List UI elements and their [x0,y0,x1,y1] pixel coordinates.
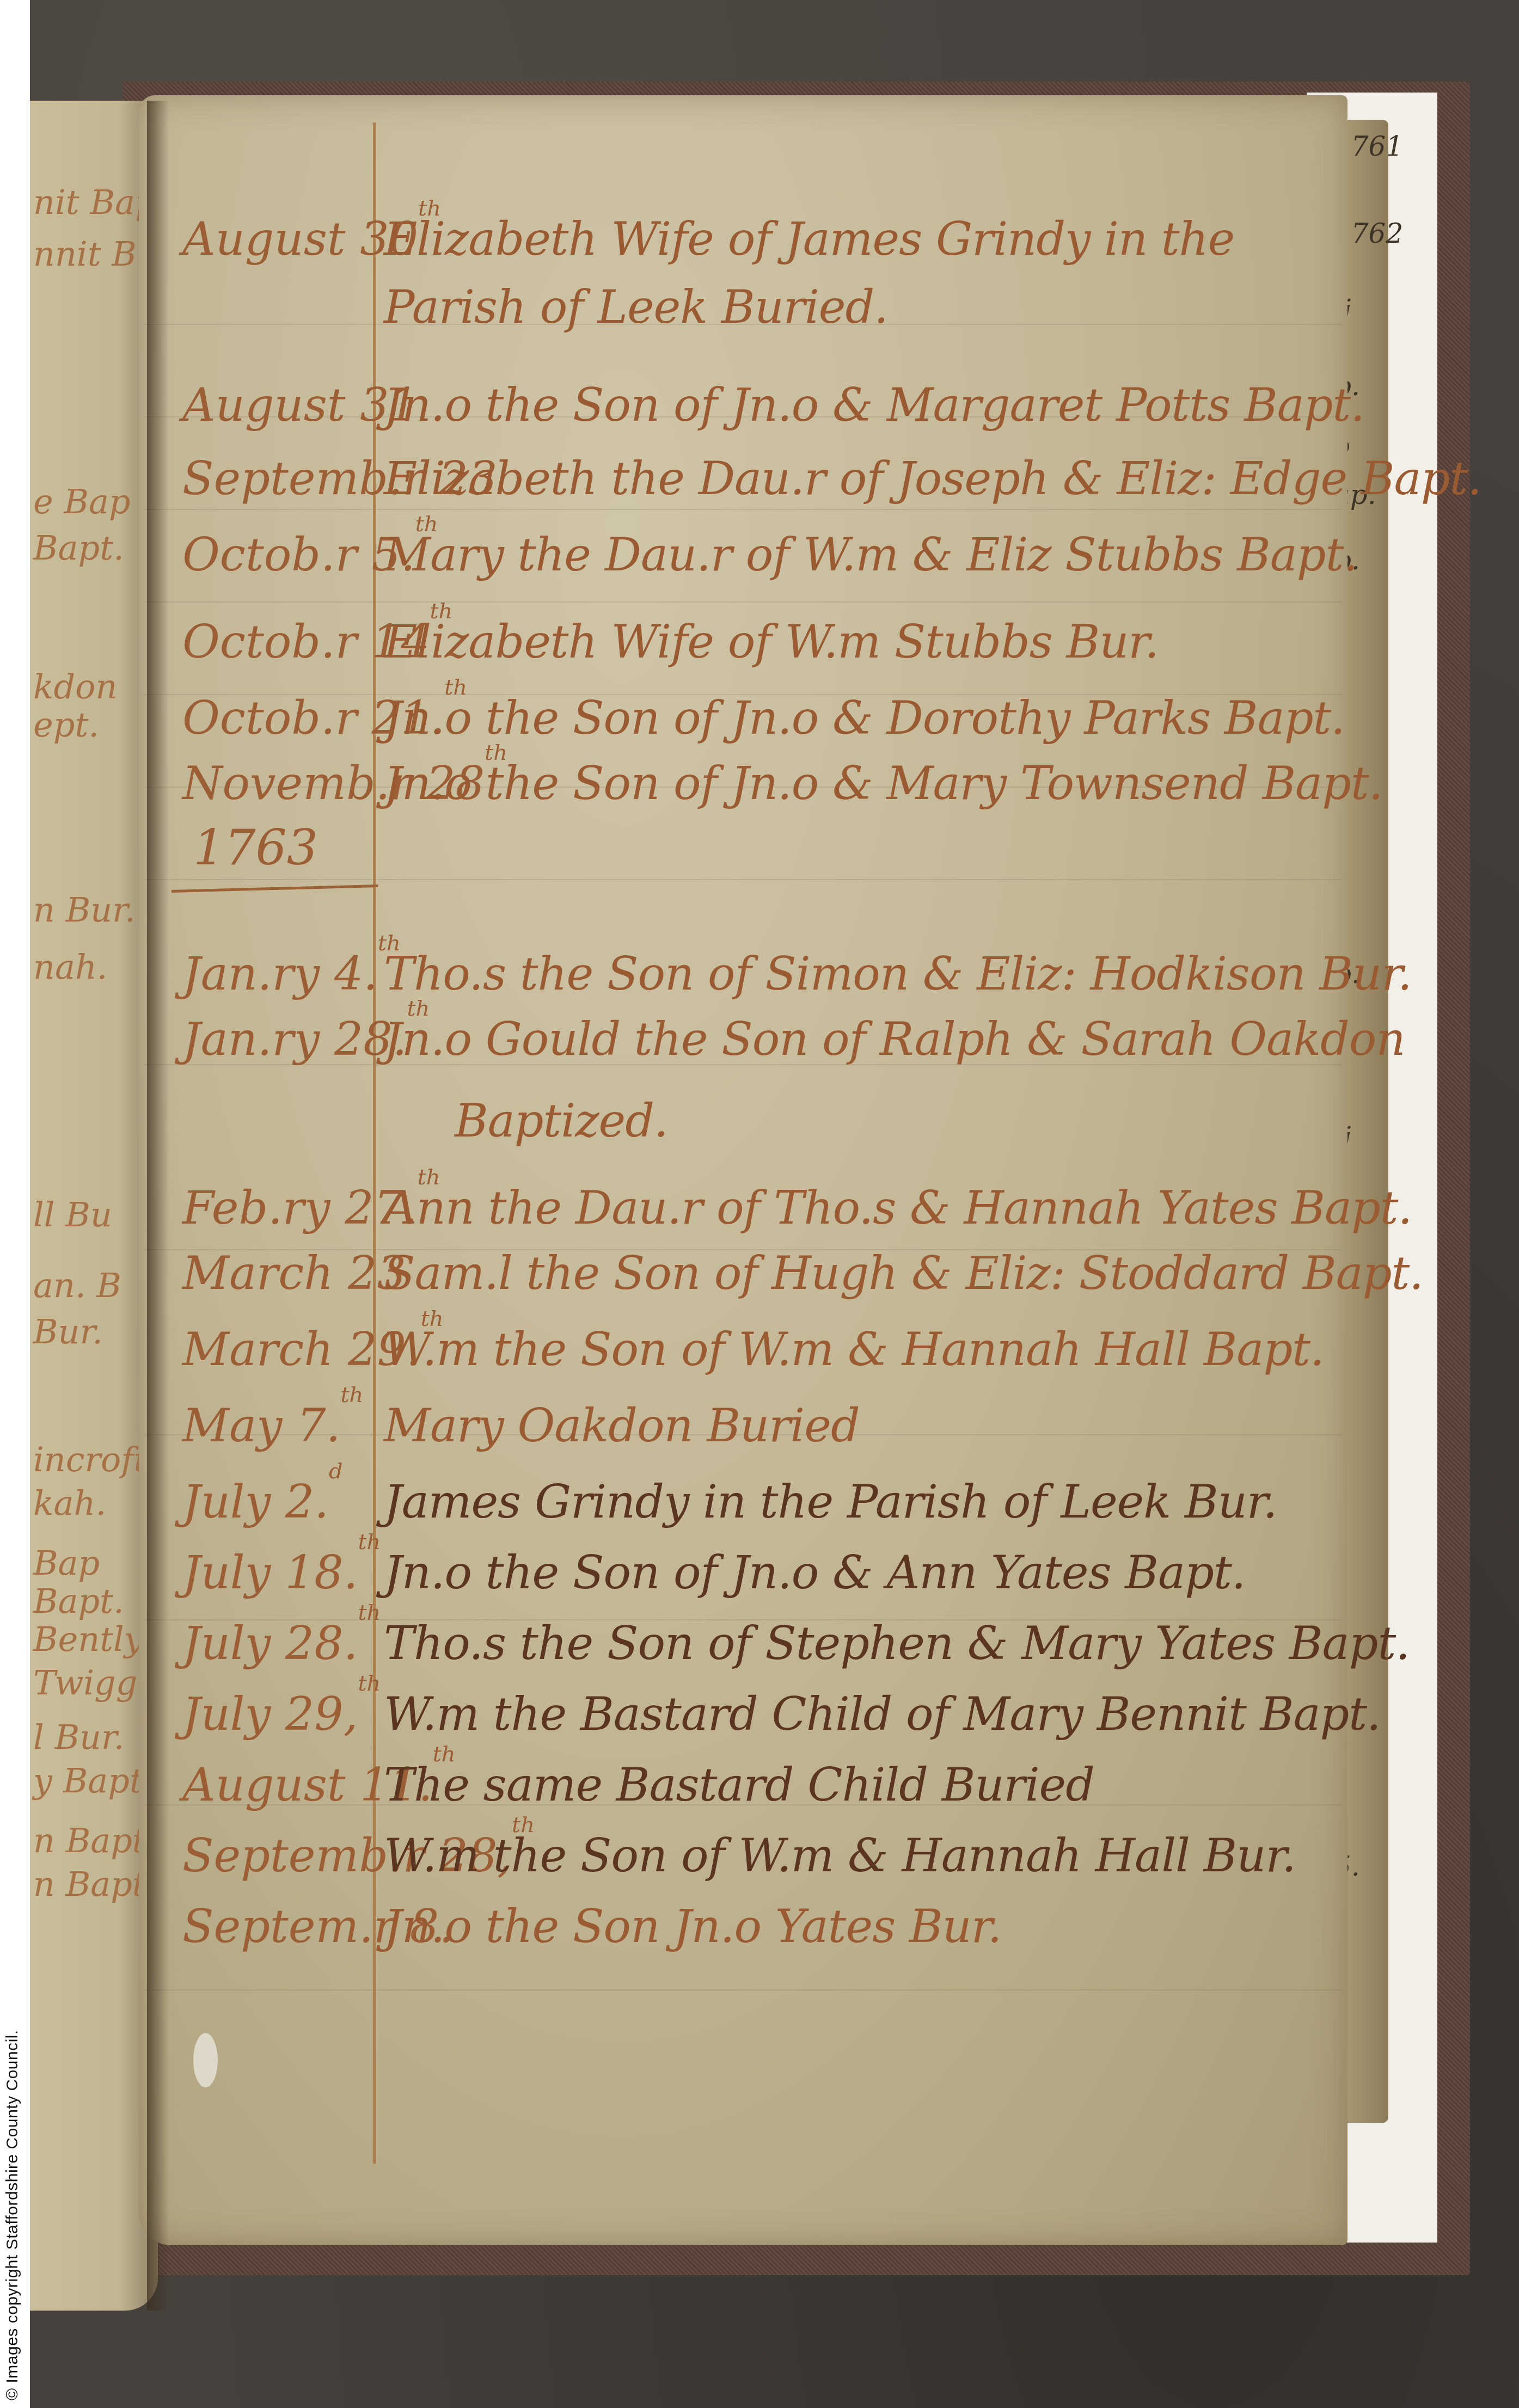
paper-stain [193,2033,218,2087]
register-entry: March 23 Sam.l the Son of Hugh & Eliz: S… [139,1293,1347,1293]
register-entry: Septem.r 8. Jn.o the Son Jn.o Yates Bur. [139,1946,1347,1946]
register-entry: Septemb.r 23 Elizabeth the Dau.r of Jose… [139,498,1347,499]
entry-text: Jn.o the Son of Jn.o & Ann Yates Bapt. [384,1546,1342,1599]
entry-text: Jn.o Gould the Son of Ralph & Sarah Oakd… [384,1012,1342,1066]
left-fragment: Twigg [33,1663,137,1703]
left-fragment: Bapt. [33,1581,124,1621]
left-fragment: ll Bu [33,1195,112,1234]
entry-text: Parish of Leek Buried. [384,280,1342,334]
entry-text: Mary Oakdon Buried [384,1399,1342,1452]
entry-text: W.m the Bastard Child of Mary Bennit Bap… [384,1687,1342,1741]
entry-date: Septemb.r 28,th [182,1829,373,1882]
entry-text: Jn.o the Son of Jn.o & Mary Townsend Bap… [384,757,1342,810]
register-entry: Baptized. [139,1140,1347,1141]
register-page: 1763 August 30th Elizabeth Wife of James… [139,95,1347,2245]
entry-text: Jn.o the Son of Jn.o & Dorothy Parks Bap… [384,691,1342,745]
gutter-shadow [147,101,169,2311]
ruled-line [144,1989,1342,1991]
register-entry: August 30th Elizabeth Wife of James Grin… [139,259,1347,259]
register-entry: August 31 Jn.o the Son of Jn.o & Margare… [139,425,1347,425]
register-entry: August 11.th The same Bastard Child Buri… [139,1804,1347,1805]
entry-text: Ann the Dau.r of Tho.s & Hannah Yates Ba… [384,1181,1342,1234]
left-fragment: nnit B [33,234,137,274]
left-fragment: n Bapt. [33,1821,156,1860]
left-fragment: e Bap [33,482,131,521]
entry-date: Octob.r 5.th [182,528,373,581]
left-fragment: an. B [33,1266,121,1305]
register-entry: May 7.th Mary Oakdon Buried [139,1445,1347,1446]
register-entry: Octob.r 5.th Mary the Dau.r of W.m & Eli… [139,574,1347,575]
year-underline [171,884,378,893]
entry-text: Elizabeth the Dau.r of Joseph & Eliz: Ed… [384,452,1342,505]
entry-text: W.m the Son of W.m & Hannah Hall Bapt. [384,1323,1342,1376]
left-fragment: kdon [33,667,118,707]
left-fragment: Bently [33,1619,143,1659]
entry-text: Tho.s the Son of Stephen & Mary Yates Ba… [384,1617,1342,1670]
register-entry: July 2.d James Grindy in the Parish of L… [139,1521,1347,1522]
entry-date: Septemb.r 23 [182,452,373,505]
left-fragment: l Bur. [33,1717,125,1757]
left-fragment: incroft [33,1440,147,1479]
entry-date: July 28.th [182,1617,373,1670]
year-heading: 1763 [193,819,318,876]
entry-date: Jan.ry 4.th [182,947,373,1000]
entry-date: July 18.th [182,1546,373,1599]
entry-text: The same Bastard Child Buried [384,1758,1342,1811]
copyright-notice: © Images copyright Staffordshire County … [3,2030,22,2400]
entry-date: July 2.d [182,1475,373,1528]
register-entry: July 18.th Jn.o the Son of Jn.o & Ann Ya… [139,1592,1347,1593]
entry-date: Feb.ry 27.th [182,1181,373,1234]
left-fragment: ept. [33,705,99,745]
entry-date: August 11.th [182,1758,373,1811]
register-entry: July 29,th W.m the Bastard Child of Mary… [139,1734,1347,1734]
entry-text: Baptized. [455,1094,1413,1147]
left-fragment: Bap [33,1543,100,1583]
entry-text: Elizabeth Wife of W.m Stubbs Bur. [384,615,1342,668]
entry-text: Sam.l the Son of Hugh & Eliz: Stoddard B… [384,1246,1342,1300]
left-fragment: Bapt. [33,528,124,568]
entry-date: August 30th [182,212,373,266]
left-fragment: nit Bap [33,182,157,222]
register-entry: March 29.th W.m the Son of W.m & Hannah … [139,1369,1347,1369]
register-entry: Feb.ry 27.th Ann the Dau.r of Tho.s & Ha… [139,1227,1347,1228]
entry-text: Tho.s the Son of Simon & Eliz: Hodkison … [384,947,1342,1000]
entry-date: March 23 [182,1246,373,1300]
register-entry: Jan.ry 4.th Tho.s the Son of Simon & Eli… [139,993,1347,994]
entry-date: Septem.r 8. [182,1900,373,1953]
entry-text: Elizabeth Wife of James Grindy in the [384,212,1342,266]
entry-text: Jn.o the Son Jn.o Yates Bur. [384,1900,1342,1953]
register-entry: Octob.r 14th Elizabeth Wife of W.m Stubb… [139,661,1347,662]
left-fragment: Bur. [33,1312,103,1352]
register-entry: Parish of Leek Buried. [139,327,1347,327]
entry-date: May 7.th [182,1399,373,1452]
entry-date: August 31 [182,378,373,432]
ruled-line [144,879,1342,880]
register-entry: Septemb.r 28,th W.m the Son of W.m & Han… [139,1875,1347,1876]
left-fragment: n Bur. [33,890,136,930]
left-fragment: n Bapt. [33,1864,156,1904]
ruled-line [144,601,1342,603]
left-fragment: nah. [33,947,108,987]
entry-text: Mary the Dau.r of W.m & Eliz Stubbs Bapt… [384,528,1342,581]
entry-date: July 29,th [182,1687,373,1741]
entry-date: Novemb.r 28th [182,757,373,810]
entry-date: Octob.r 21.th [182,691,373,745]
ruled-line [144,509,1342,510]
copyright-strip: © Images copyright Staffordshire County … [0,0,30,2408]
entry-text: W.m the Son of W.m & Hannah Hall Bur. [384,1829,1342,1882]
entry-text: Jn.o the Son of Jn.o & Margaret Potts Ba… [384,378,1342,432]
entry-date: Octob.r 14th [182,615,373,668]
left-fragment: kah. [33,1483,106,1523]
entry-date: March 29.th [182,1323,373,1376]
left-fragment: y Bapt. [33,1761,154,1801]
entry-date: Jan.ry 28.th [182,1012,373,1066]
register-entry: July 28.th Tho.s the Son of Stephen & Ma… [139,1663,1347,1663]
register-entry: Novemb.r 28th Jn.o the Son of Jn.o & Mar… [139,803,1347,803]
register-entry: Jan.ry 28.th Jn.o Gould the Son of Ralph… [139,1059,1347,1059]
register-entry: Octob.r 21.th Jn.o the Son of Jn.o & Dor… [139,738,1347,738]
entry-text: James Grindy in the Parish of Leek Bur. [384,1475,1342,1528]
